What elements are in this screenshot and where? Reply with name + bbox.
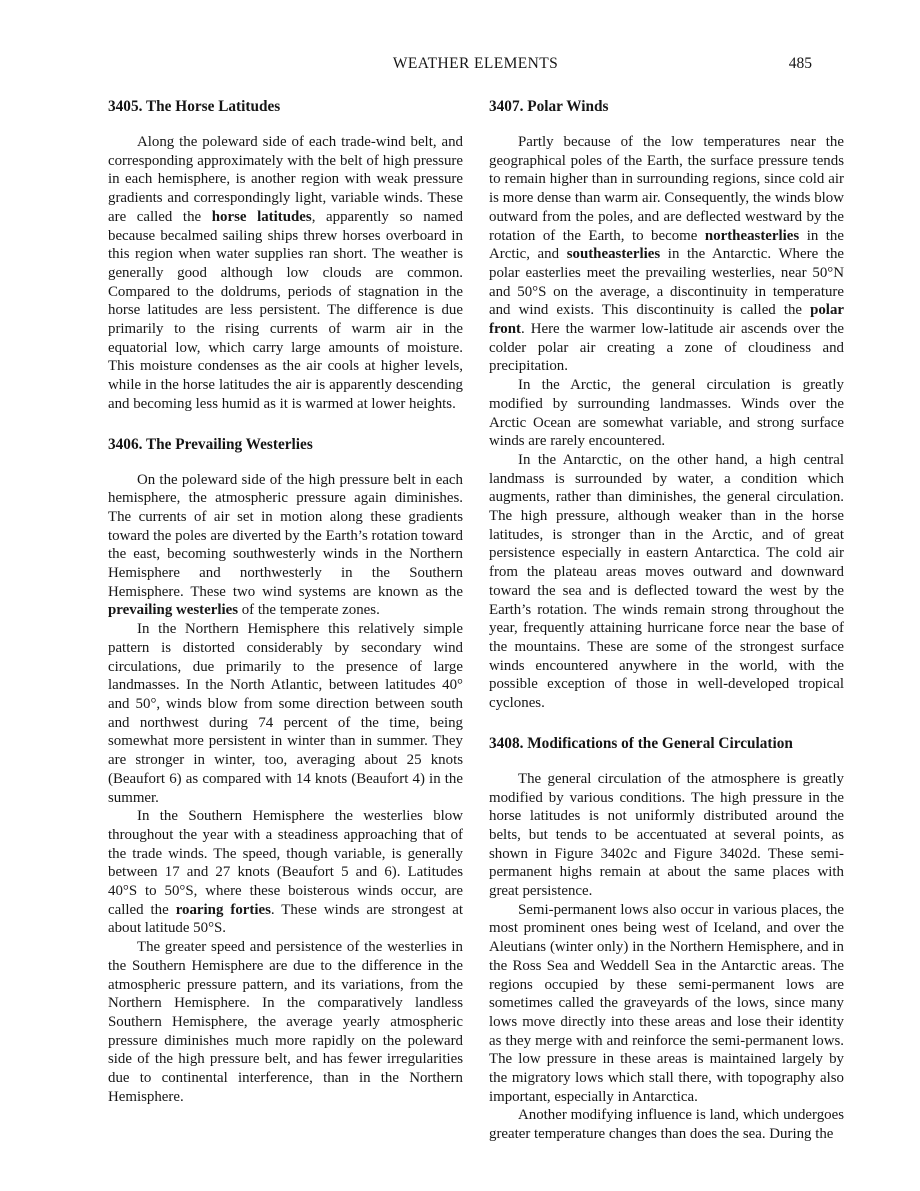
body-paragraph: Semi-permanent lows also occur in variou… [489, 901, 844, 1107]
bold-term: prevailing westerlies [108, 602, 238, 618]
page-number: 485 [789, 55, 812, 72]
text-run: of the temperate zones. [238, 602, 380, 618]
text-run: Semi-permanent lows also occur in variou… [489, 902, 844, 1105]
text-run: In the Arctic, the general circulation i… [489, 377, 844, 449]
body-paragraph: Partly because of the low temperatures n… [489, 133, 844, 376]
text-run: On the poleward side of the high pressur… [108, 472, 463, 600]
right-column: 3407. Polar WindsPartly because of the l… [489, 97, 844, 1144]
body-paragraph: In the Southern Hemisphere the westerlie… [108, 807, 463, 938]
running-title: WEATHER ELEMENTS [108, 55, 843, 72]
body-paragraph: In the Northern Hemisphere this relative… [108, 620, 463, 807]
bold-term: southeasterlies [567, 246, 660, 262]
section-heading: 3407. Polar Winds [489, 97, 844, 116]
body-paragraph: On the poleward side of the high pressur… [108, 471, 463, 621]
body-paragraph: In the Arctic, the general circulation i… [489, 376, 844, 451]
text-run: In the Antarctic, on the other hand, a h… [489, 452, 844, 711]
body-paragraph: Another modifying influence is land, whi… [489, 1106, 844, 1143]
text-run: In the Northern Hemisphere this relative… [108, 621, 463, 805]
body-paragraph: The greater speed and persistence of the… [108, 938, 463, 1106]
body-paragraph: Along the poleward side of each trade-wi… [108, 133, 463, 414]
bold-term: northeasterlies [705, 228, 799, 244]
body-paragraph: In the Antarctic, on the other hand, a h… [489, 451, 844, 713]
body-paragraph: The general circulation of the atmospher… [489, 770, 844, 901]
document-page: WEATHER ELEMENTS 485 3405. The Horse Lat… [0, 0, 920, 1191]
section-heading: 3408. Modifications of the General Circu… [489, 734, 844, 753]
text-run: . Here the warmer low-latitude air ascen… [489, 321, 844, 374]
left-column: 3405. The Horse LatitudesAlong the polew… [108, 97, 463, 1144]
bold-term: roaring forties [176, 902, 271, 918]
two-column-layout: 3405. The Horse LatitudesAlong the polew… [108, 97, 844, 1144]
text-run: Another modifying influence is land, whi… [489, 1107, 844, 1142]
text-run: , apparently so named because becalmed s… [108, 209, 463, 412]
text-run: The general circulation of the atmospher… [489, 771, 844, 899]
text-run: The greater speed and persistence of the… [108, 939, 463, 1105]
section-heading: 3405. The Horse Latitudes [108, 97, 463, 116]
document-body: { "header": { "title": "WEATHER ELEMENTS… [0, 0, 920, 1191]
section-heading: 3406. The Prevailing Westerlies [108, 435, 463, 454]
bold-term: horse latitudes [212, 209, 312, 225]
page-header: WEATHER ELEMENTS 485 [108, 55, 843, 75]
